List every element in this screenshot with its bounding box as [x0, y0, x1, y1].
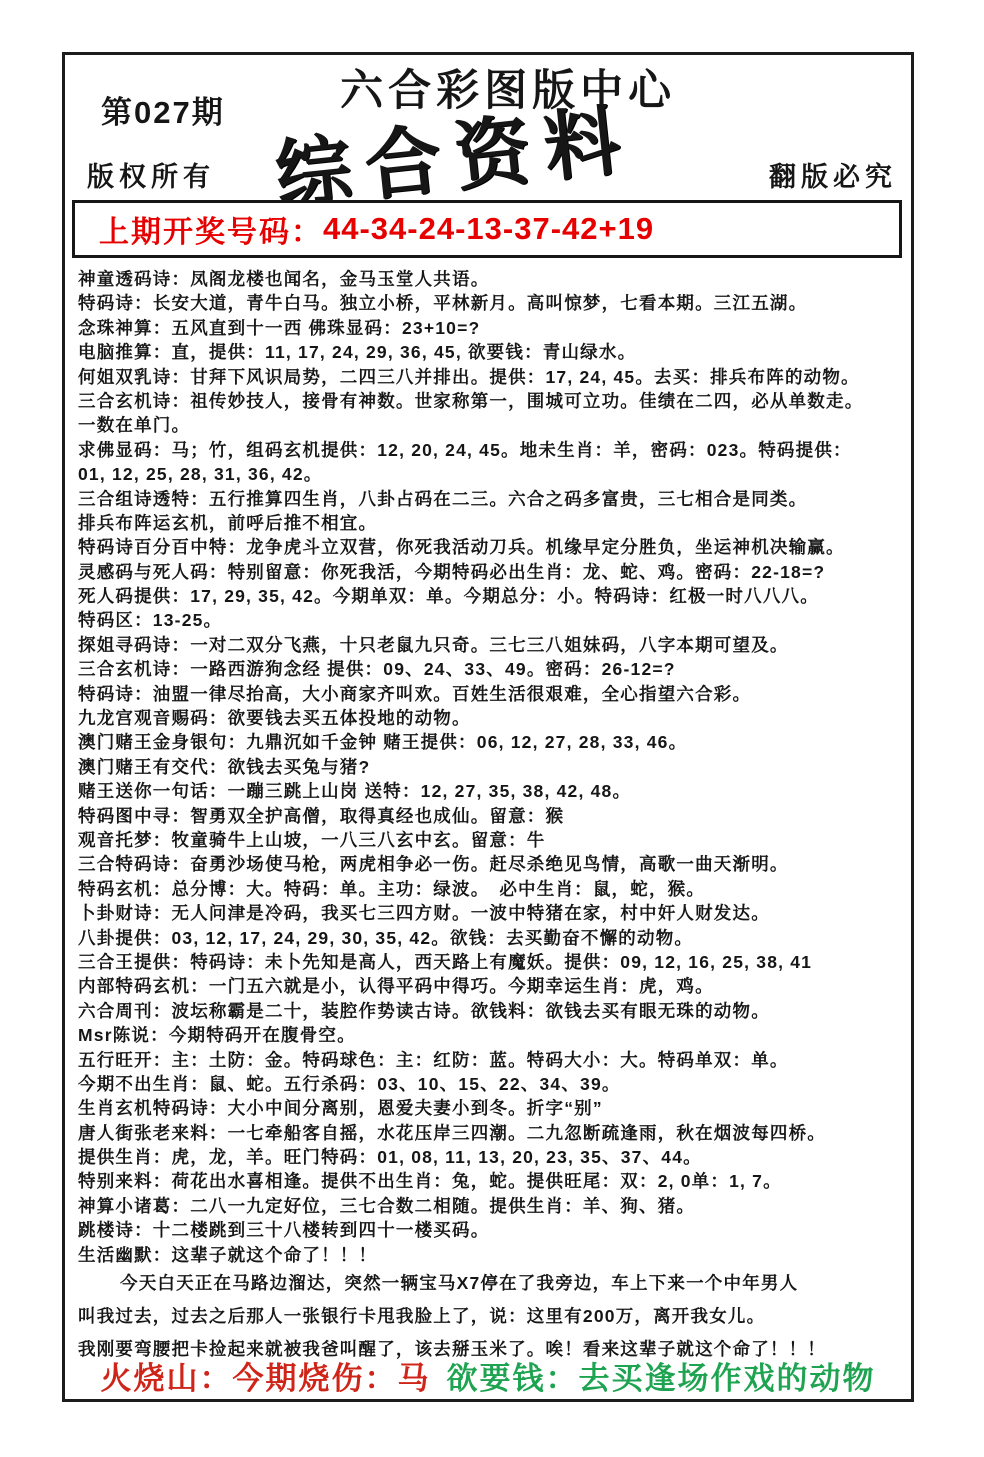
tips-text-block: 神童透码诗：凤阁龙楼也闻名，金马玉堂人共语。特码诗：长安大道，青牛白马。独立小桥… — [78, 267, 907, 1267]
tip-line: 特码图中寻：智勇双全护高僧，取得真经也成仙。留意：猴 — [78, 804, 907, 828]
humor-line: 今天白天正在马路边溜达，突然一辆宝马X7停在了我旁边，车上下来一个中年男人 — [78, 1267, 907, 1300]
tip-line: 探姐寻码诗：一对二双分飞燕，十只老鼠九只奇。三七三八姐妹码，八字本期可望及。 — [78, 633, 907, 657]
tip-line: 五行旺开：主：土防：金。特码球色：主：红防：蓝。特码大小：大。特码单双：单。 — [78, 1048, 907, 1072]
tip-line: 特码诗：长安大道，青牛白马。独立小桥，平林新月。高叫惊梦，七看本期。三江五湖。 — [78, 291, 907, 315]
tip-line: 生活幽默：这辈子就这个命了！！！ — [78, 1243, 907, 1267]
tip-line: 排兵布阵运玄机，前呼后推不相宜。 — [78, 511, 907, 535]
tip-line: Msr陈说：今期特码开在腹骨空。 — [78, 1023, 907, 1047]
tip-line: 特码玄机：总分博：大。特码：单。主功：绿波。 必中生肖：鼠，蛇，猴。 — [78, 877, 907, 901]
tip-line: 三合特码诗：奋勇沙场使马枪，两虎相争必一伤。赶尽杀绝见鸟情，高歌一曲天渐明。 — [78, 852, 907, 876]
tip-line: 赌王送你一句话：一蹦三跳上山岗 送特：12, 27, 35, 38, 42, 4… — [78, 779, 907, 803]
tip-line: 跳楼诗：十二楼跳到三十八楼转到四十一楼买码。 — [78, 1218, 907, 1242]
footer-green-text: 欲要钱：去买逢场作戏的动物 — [447, 1361, 876, 1396]
issue-number: 第027期 — [101, 87, 225, 132]
tip-line: 九龙宫观音赐码：欲要钱去买五体投地的动物。 — [78, 706, 907, 730]
tip-line: 三合组诗透特：五行推算四生肖，八卦占码在二三。六合之码多富贵，三七相合是同类。 — [78, 487, 907, 511]
tip-line: 三合玄机诗：一路西游狗念经 提供：09、24、33、49。密码：26-12=? — [78, 657, 907, 681]
tip-line: 念珠神算：五风直到十一西 佛珠显码：23+10=? — [78, 316, 907, 340]
tip-line: 何姐双乳诗：甘拜下风识局势，二四三八并排出。提供：17, 24, 45。去买：排… — [78, 365, 907, 389]
humor-paragraph: 今天白天正在马路边溜达，突然一辆宝马X7停在了我旁边，车上下来一个中年男人叫我过… — [78, 1267, 907, 1366]
tip-line: 今期不出生肖：鼠、蛇。五行杀码：03、10、15、22、34、39。 — [78, 1072, 907, 1096]
tip-line: 特码诗百分百中特：龙争虎斗立双营，你死我活动刀兵。机缘早定分胜负，坐运神机决输赢… — [78, 535, 907, 559]
tip-line: 生肖玄机特码诗：大小中间分离别，恩爱夫妻小到冬。折字“别” — [78, 1096, 907, 1120]
tip-line: 三合玄机诗：祖传妙技人，接骨有神数。世家称第一，围城可立功。佳绩在二四，必从单数… — [78, 389, 907, 413]
last-draw-box: 上期开奖号码： 44-34-24-13-37-42+19 — [72, 200, 902, 258]
tip-line: 灵感码与死人码：特别留意：你死我活，今期特码必出生肖：龙、蛇、鸡。密码：22-1… — [78, 560, 907, 584]
last-draw-label: 上期开奖号码： — [99, 207, 323, 251]
tip-line: 八卦提供：03, 12, 17, 24, 29, 30, 35, 42。欲钱：去… — [78, 926, 907, 950]
tip-line: 01, 12, 25, 28, 31, 36, 42。 — [78, 462, 907, 486]
tip-line: 六合周刊：波坛称霸是二十，装腔作势读古诗。欲钱料：欲钱去买有眼无珠的动物。 — [78, 999, 907, 1023]
tip-line: 卜卦财诗：无人问津是冷码，我买七三四方财。一波中特猪在家，村中奸人财发达。 — [78, 901, 907, 925]
humor-line: 叫我过去，过去之后那人一张银行卡甩我脸上了，说：这里有200万，离开我女儿。 — [78, 1300, 907, 1333]
tip-line: 求佛显码：马；竹，组码玄机提供：12, 20, 24, 45。地未生肖：羊，密码… — [78, 438, 907, 462]
tip-line: 神童透码诗：凤阁龙楼也闻名，金马玉堂人共语。 — [78, 267, 907, 291]
tip-line: 提供生肖：虎，龙，羊。旺门特码：01, 08, 11, 13, 20, 23, … — [78, 1145, 907, 1169]
tip-line: 电脑推算：直，提供：11, 17, 24, 29, 36, 45, 欲要钱：青山… — [78, 340, 907, 364]
tip-line: 观音托梦：牧童骑牛上山坡，一八三八玄中玄。留意：牛 — [78, 828, 907, 852]
copyright-left-label: 版权所有 — [87, 155, 215, 194]
scanned-lottery-sheet: 第027期 六合彩图版中心 综合资料 版权所有 翻版必究 上期开奖号码： 44-… — [0, 0, 984, 1457]
tip-line: 特码区：13-25。 — [78, 608, 907, 632]
tip-line: 内部特码玄机：一门五六就是小，认得平码中得巧。今期幸运生肖：虎，鸡。 — [78, 974, 907, 998]
page-border-frame: 第027期 六合彩图版中心 综合资料 版权所有 翻版必究 上期开奖号码： 44-… — [62, 52, 914, 1402]
tip-line: 澳门赌王金身银句：九鼎沉如千金钟 赌王提供：06, 12, 27, 28, 33… — [78, 730, 907, 754]
last-draw-numbers: 44-34-24-13-37-42+19 — [323, 211, 654, 247]
tip-line: 一数在单门。 — [78, 413, 907, 437]
tip-line: 神算小诸葛：二八一九定好位，三七合数二相随。提供生肖：羊、狗、猪。 — [78, 1194, 907, 1218]
tip-line: 死人码提供：17, 29, 35, 42。今期单双：单。今期总分：小。特码诗：红… — [78, 584, 907, 608]
tip-line: 特别来料：荷花出水喜相逢。提供不出生肖：兔，蛇。提供旺尾：双：2, 0单：1, … — [78, 1169, 907, 1193]
footer-hint-line: 火烧山：今期烧伤：马欲要钱：去买逢场作戏的动物 — [65, 1353, 911, 1398]
tip-line: 唐人街张老来料：一七牵船客自摇，水花压岸三四潮。二九忽断疏逢雨，秋在烟波每四桥。 — [78, 1121, 907, 1145]
footer-red-text: 火烧山：今期烧伤：马 — [101, 1361, 431, 1396]
tip-line: 澳门赌王有交代：欲钱去买兔与猪? — [78, 755, 907, 779]
tip-line: 特码诗：油盟一律尽抬高，大小商家齐叫欢。百姓生活很艰难，全心指望六合彩。 — [78, 682, 907, 706]
copyright-right-label: 翻版必究 — [769, 155, 897, 194]
tip-line: 三合王提供：特码诗：未卜先知是高人，西天路上有魔妖。提供：09, 12, 16,… — [78, 950, 907, 974]
